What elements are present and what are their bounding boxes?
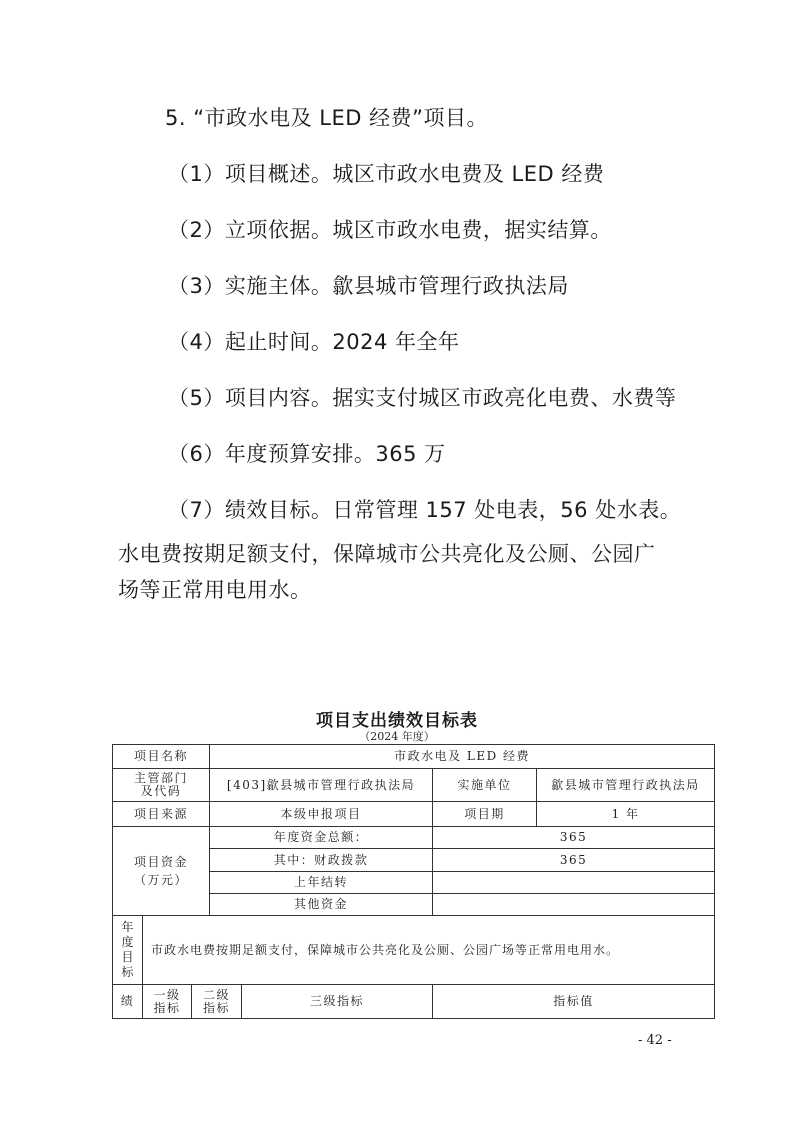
funds-label-line1: 项目资金 (113, 853, 209, 871)
dept-label-line2: 及代码 (113, 785, 209, 798)
funds-label-line2: （万元） (113, 871, 209, 889)
impl-unit-label: 实施单位 (433, 769, 537, 802)
period-label: 项目期 (433, 802, 537, 827)
level2-label-line2: 指标 (192, 1002, 241, 1015)
table-row: 主管部门 及代码 [403]歙县城市管理行政执法局 实施单位 歙县城市管理行政执… (113, 769, 715, 802)
fund-fiscal-value: 365 (433, 849, 715, 872)
indicator-value-label: 指标值 (433, 985, 715, 1019)
project-name-label: 项目名称 (113, 745, 210, 769)
impl-unit-value: 歙县城市管理行政执法局 (537, 769, 715, 802)
item-timeframe: （4）起止时间。2024 年全年 (168, 328, 459, 356)
level3-label: 三级指标 (242, 985, 433, 1019)
section-heading: 5. “市政水电及 LED 经费”项目。 (165, 104, 488, 132)
annual-goal-char: 目 (113, 950, 142, 965)
fund-total-value: 365 (433, 827, 715, 849)
source-value: 本级申报项目 (210, 802, 433, 827)
fund-total-label: 年度资金总额： (210, 827, 433, 849)
page-number: - 42 - (638, 1033, 672, 1048)
perf-label: 绩 (113, 985, 143, 1019)
fund-carryover-label: 上年结转 (210, 872, 433, 894)
fund-fiscal-label: 其中：财政拨款 (210, 849, 433, 872)
performance-target-table: 项目名称 市政水电及 LED 经费 主管部门 及代码 [403]歙县城市管理行政… (112, 744, 715, 1019)
item-performance-line3: 场等正常用电用水。 (118, 576, 312, 604)
level1-label: 一级 指标 (143, 985, 192, 1019)
item-budget: （6）年度预算安排。365 万 (168, 440, 446, 468)
annual-goal-char: 年 (113, 920, 142, 935)
level1-label-line2: 指标 (143, 1002, 191, 1015)
level1-label-line1: 一级 (143, 989, 191, 1002)
item-performance-line2: 水电费按期足额支付，保障城市公共亮化及公厕、公园广 (118, 540, 656, 568)
item-content: （5）项目内容。据实支付城区市政亮化电费、水费等 (168, 384, 676, 412)
item-performance-line1: （7）绩效目标。日常管理 157 处电表，56 处水表。 (168, 496, 681, 524)
annual-goal-char: 标 (113, 965, 142, 980)
annual-goal-char: 度 (113, 935, 142, 950)
annual-goal-text: 市政水电费按期足额支付，保障城市公共亮化及公厕、公园广场等正常用电用水。 (143, 916, 715, 985)
level2-label-line1: 二级 (192, 989, 241, 1002)
fund-other-value (433, 894, 715, 916)
item-overview: （1）项目概述。城区市政水电费及 LED 经费 (168, 160, 604, 188)
table-row: 项目名称 市政水电及 LED 经费 (113, 745, 715, 769)
table-subtitle: （2024 年度） (0, 728, 794, 744)
table-row: 绩 一级 指标 二级 指标 三级指标 指标值 (113, 985, 715, 1019)
project-name-value: 市政水电及 LED 经费 (210, 745, 715, 769)
level2-label: 二级 指标 (192, 985, 242, 1019)
table-row: 项目资金 （万元） 年度资金总额： 365 (113, 827, 715, 849)
period-value: 1 年 (537, 802, 715, 827)
dept-label: 主管部门 及代码 (113, 769, 210, 802)
table-row: 年 度 目 标 市政水电费按期足额支付，保障城市公共亮化及公厕、公园广场等正常用… (113, 916, 715, 985)
funds-label: 项目资金 （万元） (113, 827, 210, 916)
fund-other-label: 其他资金 (210, 894, 433, 916)
annual-goal-label: 年 度 目 标 (113, 916, 143, 985)
item-implementer: （3）实施主体。歙县城市管理行政执法局 (168, 272, 569, 300)
dept-value: [403]歙县城市管理行政执法局 (210, 769, 433, 802)
table-row: 项目来源 本级申报项目 项目期 1 年 (113, 802, 715, 827)
item-basis: （2）立项依据。城区市政水电费，据实结算。 (168, 216, 612, 244)
fund-carryover-value (433, 872, 715, 894)
source-label: 项目来源 (113, 802, 210, 827)
